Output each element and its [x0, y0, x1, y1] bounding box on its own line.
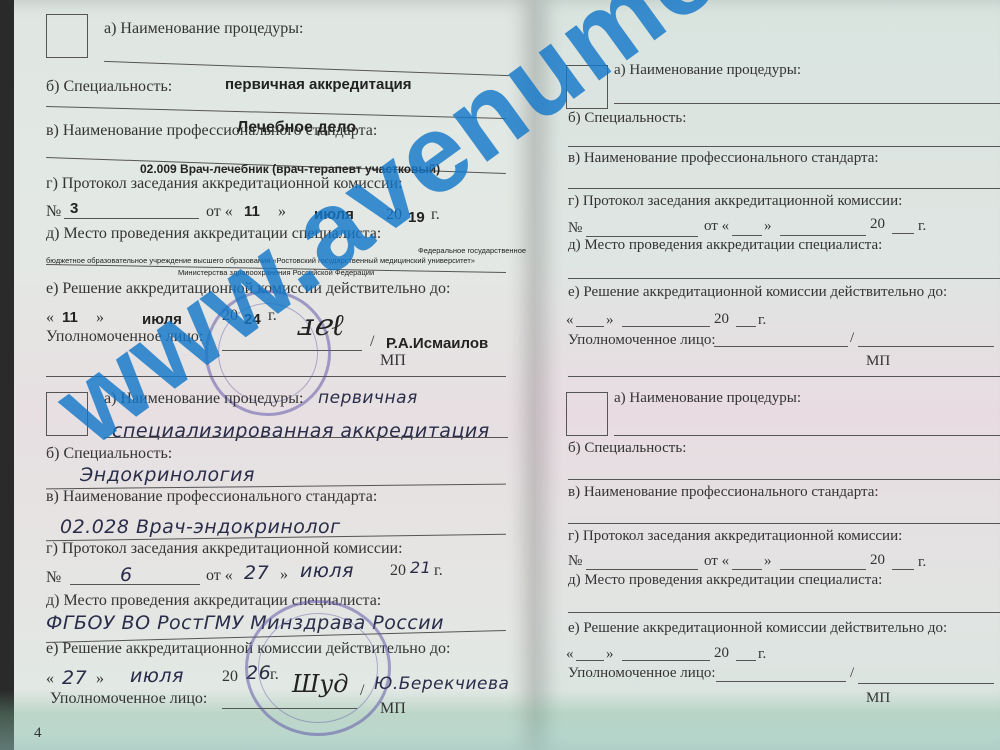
entry1-procedure-label: а) Наименование процедуры:	[104, 20, 303, 38]
entry3-number-sign: №	[568, 220, 582, 237]
entry1-standard-label: в) Наименование профессионального станда…	[46, 122, 377, 140]
entry3-year-line	[892, 233, 914, 234]
entry3-year-suffix: г.	[918, 218, 926, 235]
entry4-protocol-label: г) Протокол заседания аккредитационной к…	[568, 528, 902, 545]
entry2-valid-day: 27	[62, 667, 87, 689]
entry1-number-sign: №	[46, 203, 61, 221]
entry2-protocol-day: 27	[244, 562, 269, 584]
entry2-valid-month: июля	[130, 665, 184, 687]
entry1-slash: /	[370, 333, 374, 351]
entry4-signature-line	[716, 681, 846, 682]
entry2-place-value: ФГБОУ ВО РостГМУ Минздрава России	[46, 612, 444, 634]
entry3-procedure-line	[614, 103, 1000, 104]
entry2-protocol-label: г) Протокол заседания аккредитационной к…	[46, 540, 403, 558]
entry4-valid-day-line	[576, 660, 604, 661]
entry2-valid-year-prefix: 20	[222, 668, 238, 686]
entry3-valid-year-prefix: 20	[714, 311, 729, 328]
entry4-name-line	[858, 683, 994, 684]
entry1-place-line1: Федеральное государственное	[418, 246, 526, 255]
right-page: а) Наименование процедуры: б) Специально…	[536, 0, 1000, 750]
entry2-signatory: Ю.Берекчиева	[374, 674, 509, 694]
entry2-procedure-line	[104, 437, 508, 438]
entry4-valid-year-line	[736, 660, 756, 661]
entry4-year-line	[892, 569, 914, 570]
guilloche-band	[536, 690, 1000, 750]
entry4-valid-year-prefix: 20	[714, 645, 729, 662]
entry3-quote-close: »	[764, 218, 772, 235]
entry4-valid-year-suffix: г.	[758, 646, 766, 663]
entry2-number-sign: №	[46, 569, 61, 587]
entry4-month-line	[780, 569, 866, 570]
entry1-procedure-value: первичная аккредитация	[225, 76, 412, 93]
entry3-bottom-line	[568, 376, 1000, 377]
entry4-valid-quote-close: »	[606, 646, 614, 663]
entry1-from-label: от «	[206, 203, 233, 221]
entry3-day-line	[732, 235, 762, 236]
entry3-protocol-label: г) Протокол заседания аккредитационной к…	[568, 193, 902, 210]
entry2-standard-value: 02.028 Врач-эндокринолог	[60, 516, 341, 538]
entry3-year-prefix: 20	[870, 216, 885, 233]
entry3-place-line	[568, 278, 1000, 279]
entry4-decision-label: е) Решение аккредитационной комиссии дей…	[568, 620, 947, 637]
entry4-checkbox	[566, 392, 608, 436]
entry3-valid-quote-open: «	[566, 312, 574, 329]
entry2-protocol-month: июля	[300, 560, 354, 582]
entry2-valid-quote-close: »	[96, 670, 104, 688]
entry3-decision-label: е) Решение аккредитационной комиссии дей…	[568, 284, 947, 301]
entry1-mp: МП	[380, 352, 406, 370]
entry3-mp: МП	[866, 353, 890, 370]
entry2-valid-quote-open: «	[46, 670, 54, 688]
page-number: 4	[34, 725, 42, 742]
entry4-from-label: от «	[704, 553, 729, 570]
entry2-slash: /	[360, 682, 364, 700]
entry2-year-suffix: г.	[434, 562, 443, 580]
entry1-valid-day: 11	[62, 309, 78, 326]
entry2-quote-close: »	[280, 566, 288, 584]
entry3-place-label: д) Место проведения аккредитации специал…	[568, 237, 882, 254]
entry4-place-line	[568, 612, 1000, 613]
entry2-authorized-label: Уполномоченное лицо:	[50, 690, 207, 708]
entry3-authorized-label: Уполномоченное лицо:	[568, 332, 716, 349]
entry4-place-label: д) Место проведения аккредитации специал…	[568, 572, 882, 589]
entry4-quote-close: »	[764, 553, 772, 570]
entry4-procedure-label: а) Наименование процедуры:	[614, 390, 801, 407]
entry2-signature: Шуд	[292, 670, 349, 698]
entry3-month-line	[780, 235, 866, 236]
entry4-year-prefix: 20	[870, 552, 885, 569]
entry4-valid-month-line	[622, 660, 710, 661]
entry1-number-line	[64, 218, 199, 219]
entry3-signature-line	[714, 346, 848, 347]
entry3-name-line	[858, 346, 994, 347]
entry4-mp: МП	[866, 690, 890, 707]
entry4-number-line	[586, 569, 698, 570]
entry4-specialty-line	[568, 479, 1000, 480]
entry3-standard-label: в) Наименование профессионального станда…	[568, 150, 879, 167]
entry3-valid-month-line	[622, 326, 710, 327]
entry3-valid-year-line	[736, 326, 756, 327]
entry4-year-suffix: г.	[918, 554, 926, 571]
page-edge-shadow	[0, 0, 14, 750]
entry4-standard-line	[568, 523, 1000, 524]
entry1-checkbox	[46, 14, 88, 58]
entry1-specialty-label: б) Специальность:	[46, 78, 172, 96]
entry2-year-prefix: 20	[390, 562, 406, 580]
entry2-protocol-number: 6	[120, 564, 133, 586]
entry3-valid-quote-close: »	[606, 312, 614, 329]
entry4-slash: /	[850, 665, 854, 682]
entry4-standard-label: в) Наименование профессионального станда…	[568, 484, 879, 501]
entry2-stamp	[245, 600, 391, 736]
entry1-valid-quote-open: «	[46, 309, 54, 327]
entry3-standard-line	[568, 188, 1000, 189]
entry3-valid-year-suffix: г.	[758, 312, 766, 329]
entry3-specialty-line	[568, 146, 1000, 147]
entry2-protocol-year: 21	[410, 558, 431, 577]
entry4-day-line	[732, 569, 762, 570]
entry4-procedure-line	[614, 435, 1000, 436]
entry3-slash: /	[850, 330, 854, 347]
entry4-authorized-label: Уполномоченное лицо:	[568, 665, 716, 682]
entry2-procedure-value-line1: первичная	[318, 388, 418, 408]
entry4-specialty-label: б) Специальность:	[568, 440, 686, 457]
entry3-from-label: от «	[704, 218, 729, 235]
entry3-valid-day-line	[576, 326, 604, 327]
entry4-valid-quote-open: «	[566, 646, 574, 663]
entry2-from-label: от «	[206, 567, 233, 585]
entry2-standard-label: в) Наименование профессионального станда…	[46, 488, 377, 506]
entry4-number-sign: №	[568, 553, 582, 570]
entry2-signature-line	[222, 708, 357, 709]
entry2-mp: МП	[380, 700, 406, 718]
entry2-number-line	[70, 584, 200, 585]
entry1-signatory: Р.А.Исмаилов	[386, 335, 488, 352]
entry1-protocol-number: 3	[70, 200, 78, 217]
